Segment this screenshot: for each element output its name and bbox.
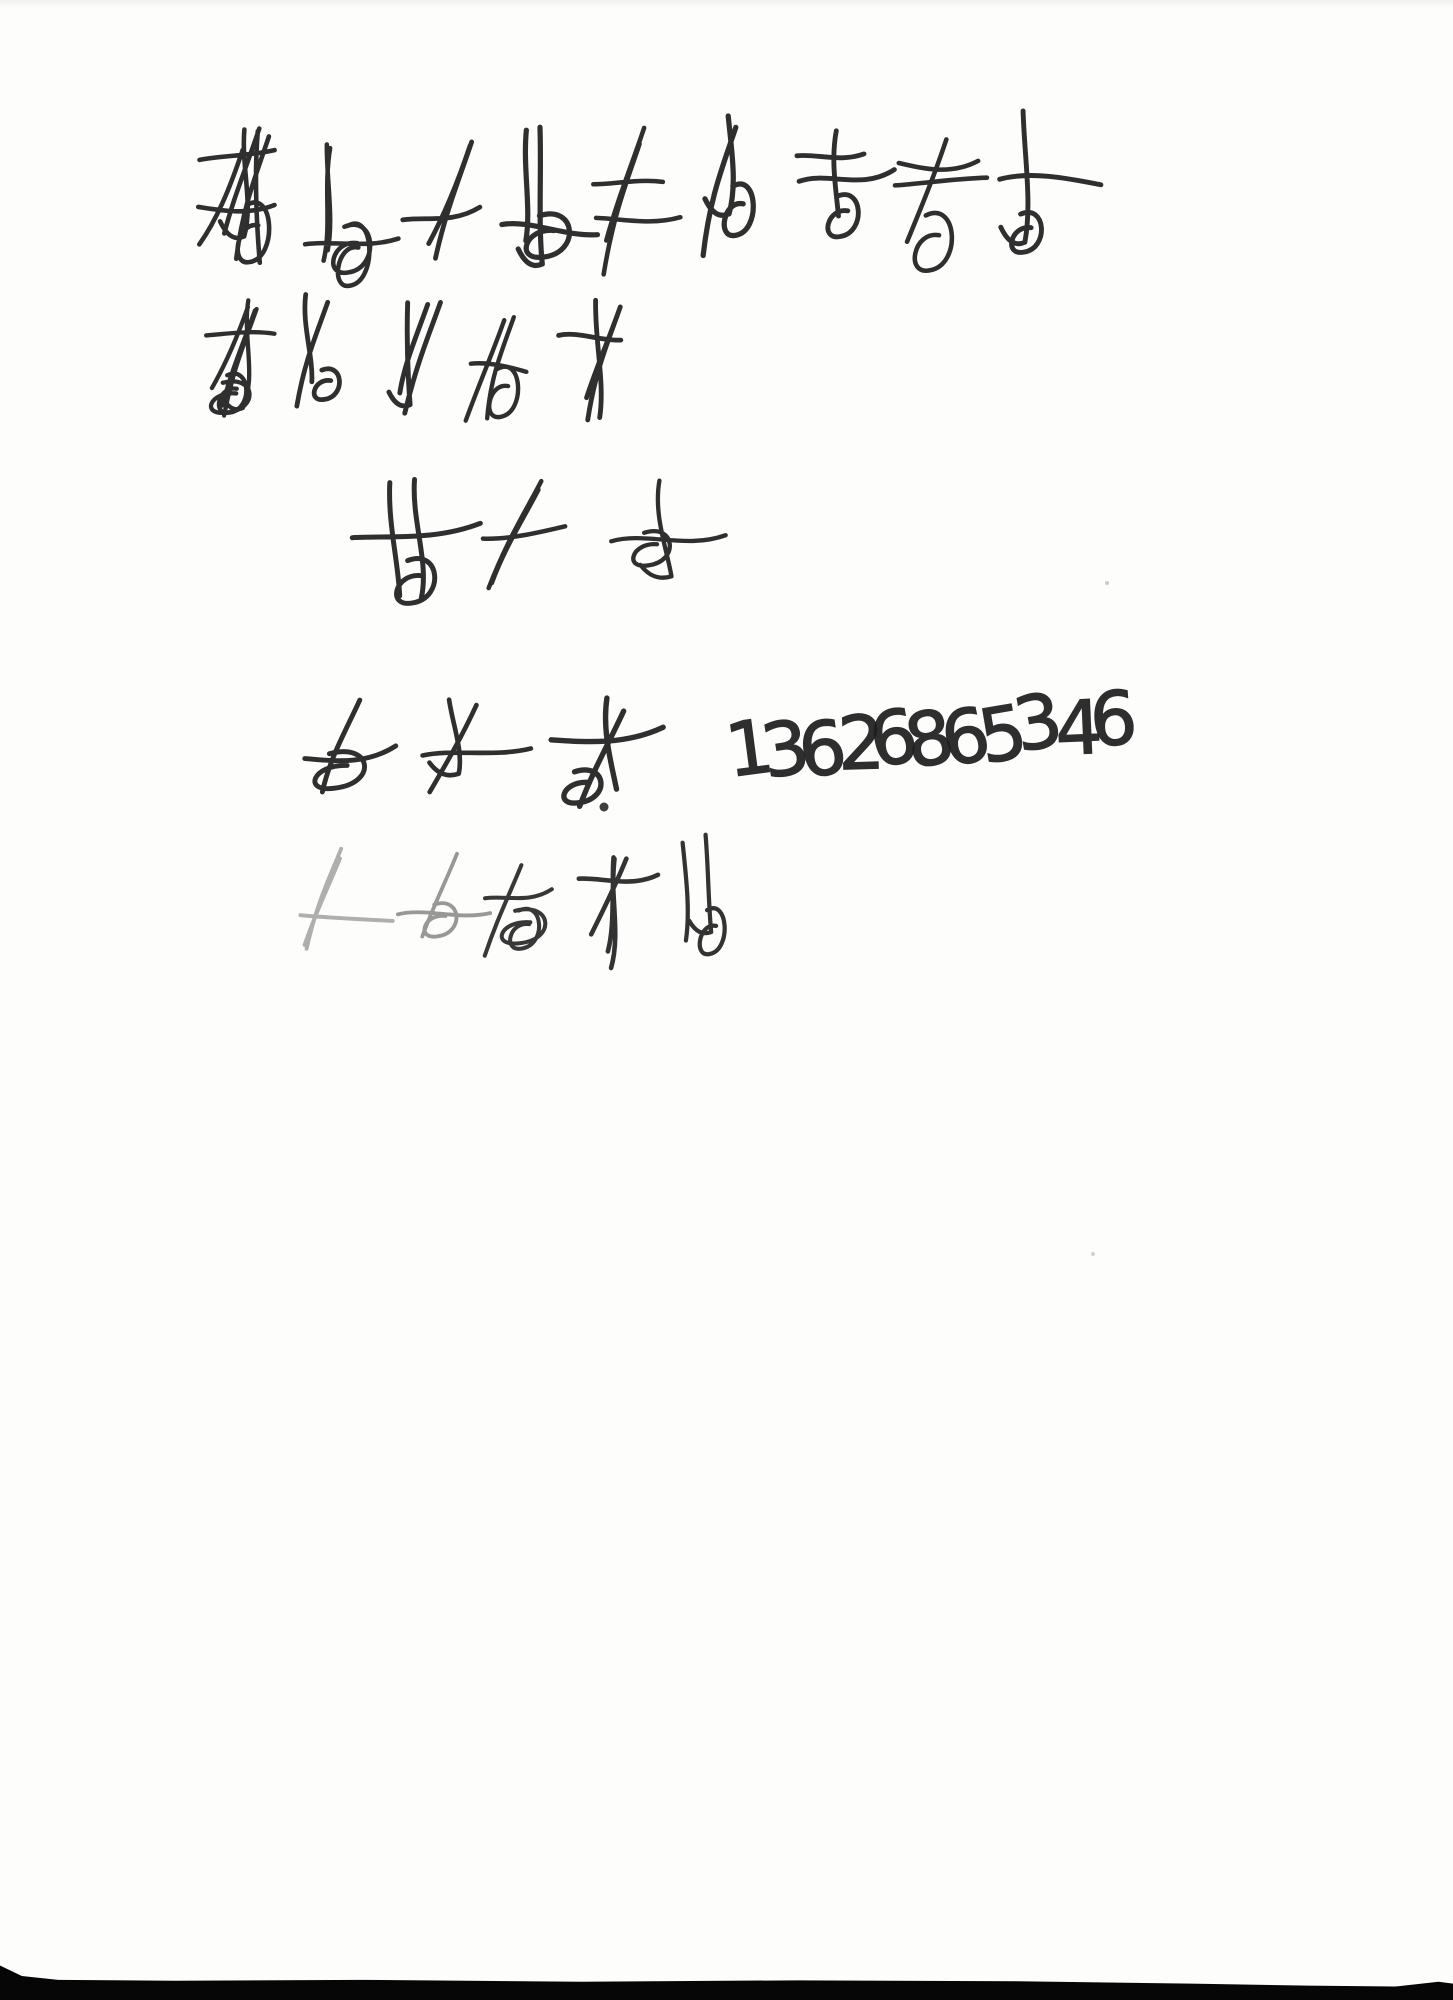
handwritten-character	[397, 853, 491, 937]
handwritten-character	[401, 142, 480, 259]
handwriting-address-line-2	[206, 289, 623, 427]
handwritten-character	[302, 698, 398, 792]
handwritten-character	[464, 317, 527, 421]
handwritten-character	[558, 300, 622, 421]
handwritten-character	[500, 126, 598, 266]
handwritten-character	[549, 695, 667, 807]
handwritten-character	[998, 110, 1102, 253]
handwritten-character	[295, 294, 340, 406]
handwritten-character	[481, 480, 567, 588]
handwriting-address-line-3	[299, 834, 725, 973]
handwritten-character	[483, 865, 553, 956]
handwritten-character	[682, 834, 725, 954]
handwritten-character	[206, 300, 276, 416]
handwritten-character	[894, 139, 988, 271]
handwriting-title-line	[350, 469, 727, 606]
handwritten-character	[701, 116, 754, 256]
handwriting-contact-name	[302, 684, 667, 820]
handwriting-address-line-1	[197, 109, 1103, 288]
handwritten-character	[350, 477, 483, 605]
handwritten-character	[592, 127, 681, 274]
ink-dot	[600, 803, 609, 812]
handwritten-digit: 6	[1087, 675, 1140, 764]
handwriting-contact-phone: 13626865346	[721, 665, 1144, 810]
handwritten-character	[387, 302, 442, 413]
handwritten-character	[299, 848, 393, 949]
handwritten-character	[578, 857, 659, 969]
handwritten-character	[197, 128, 277, 264]
handwritten-character	[303, 143, 399, 286]
scanned-page: 13626865346 嵊州崇仁镇石楼叶村 杨宅自然村 林氏谱 林章甫 1362…	[0, 0, 1453, 2000]
handwriting-layer: 13626865346	[0, 0, 1453, 2000]
handwritten-character	[796, 130, 895, 238]
handwritten-character	[609, 478, 727, 579]
handwritten-character	[420, 696, 533, 793]
